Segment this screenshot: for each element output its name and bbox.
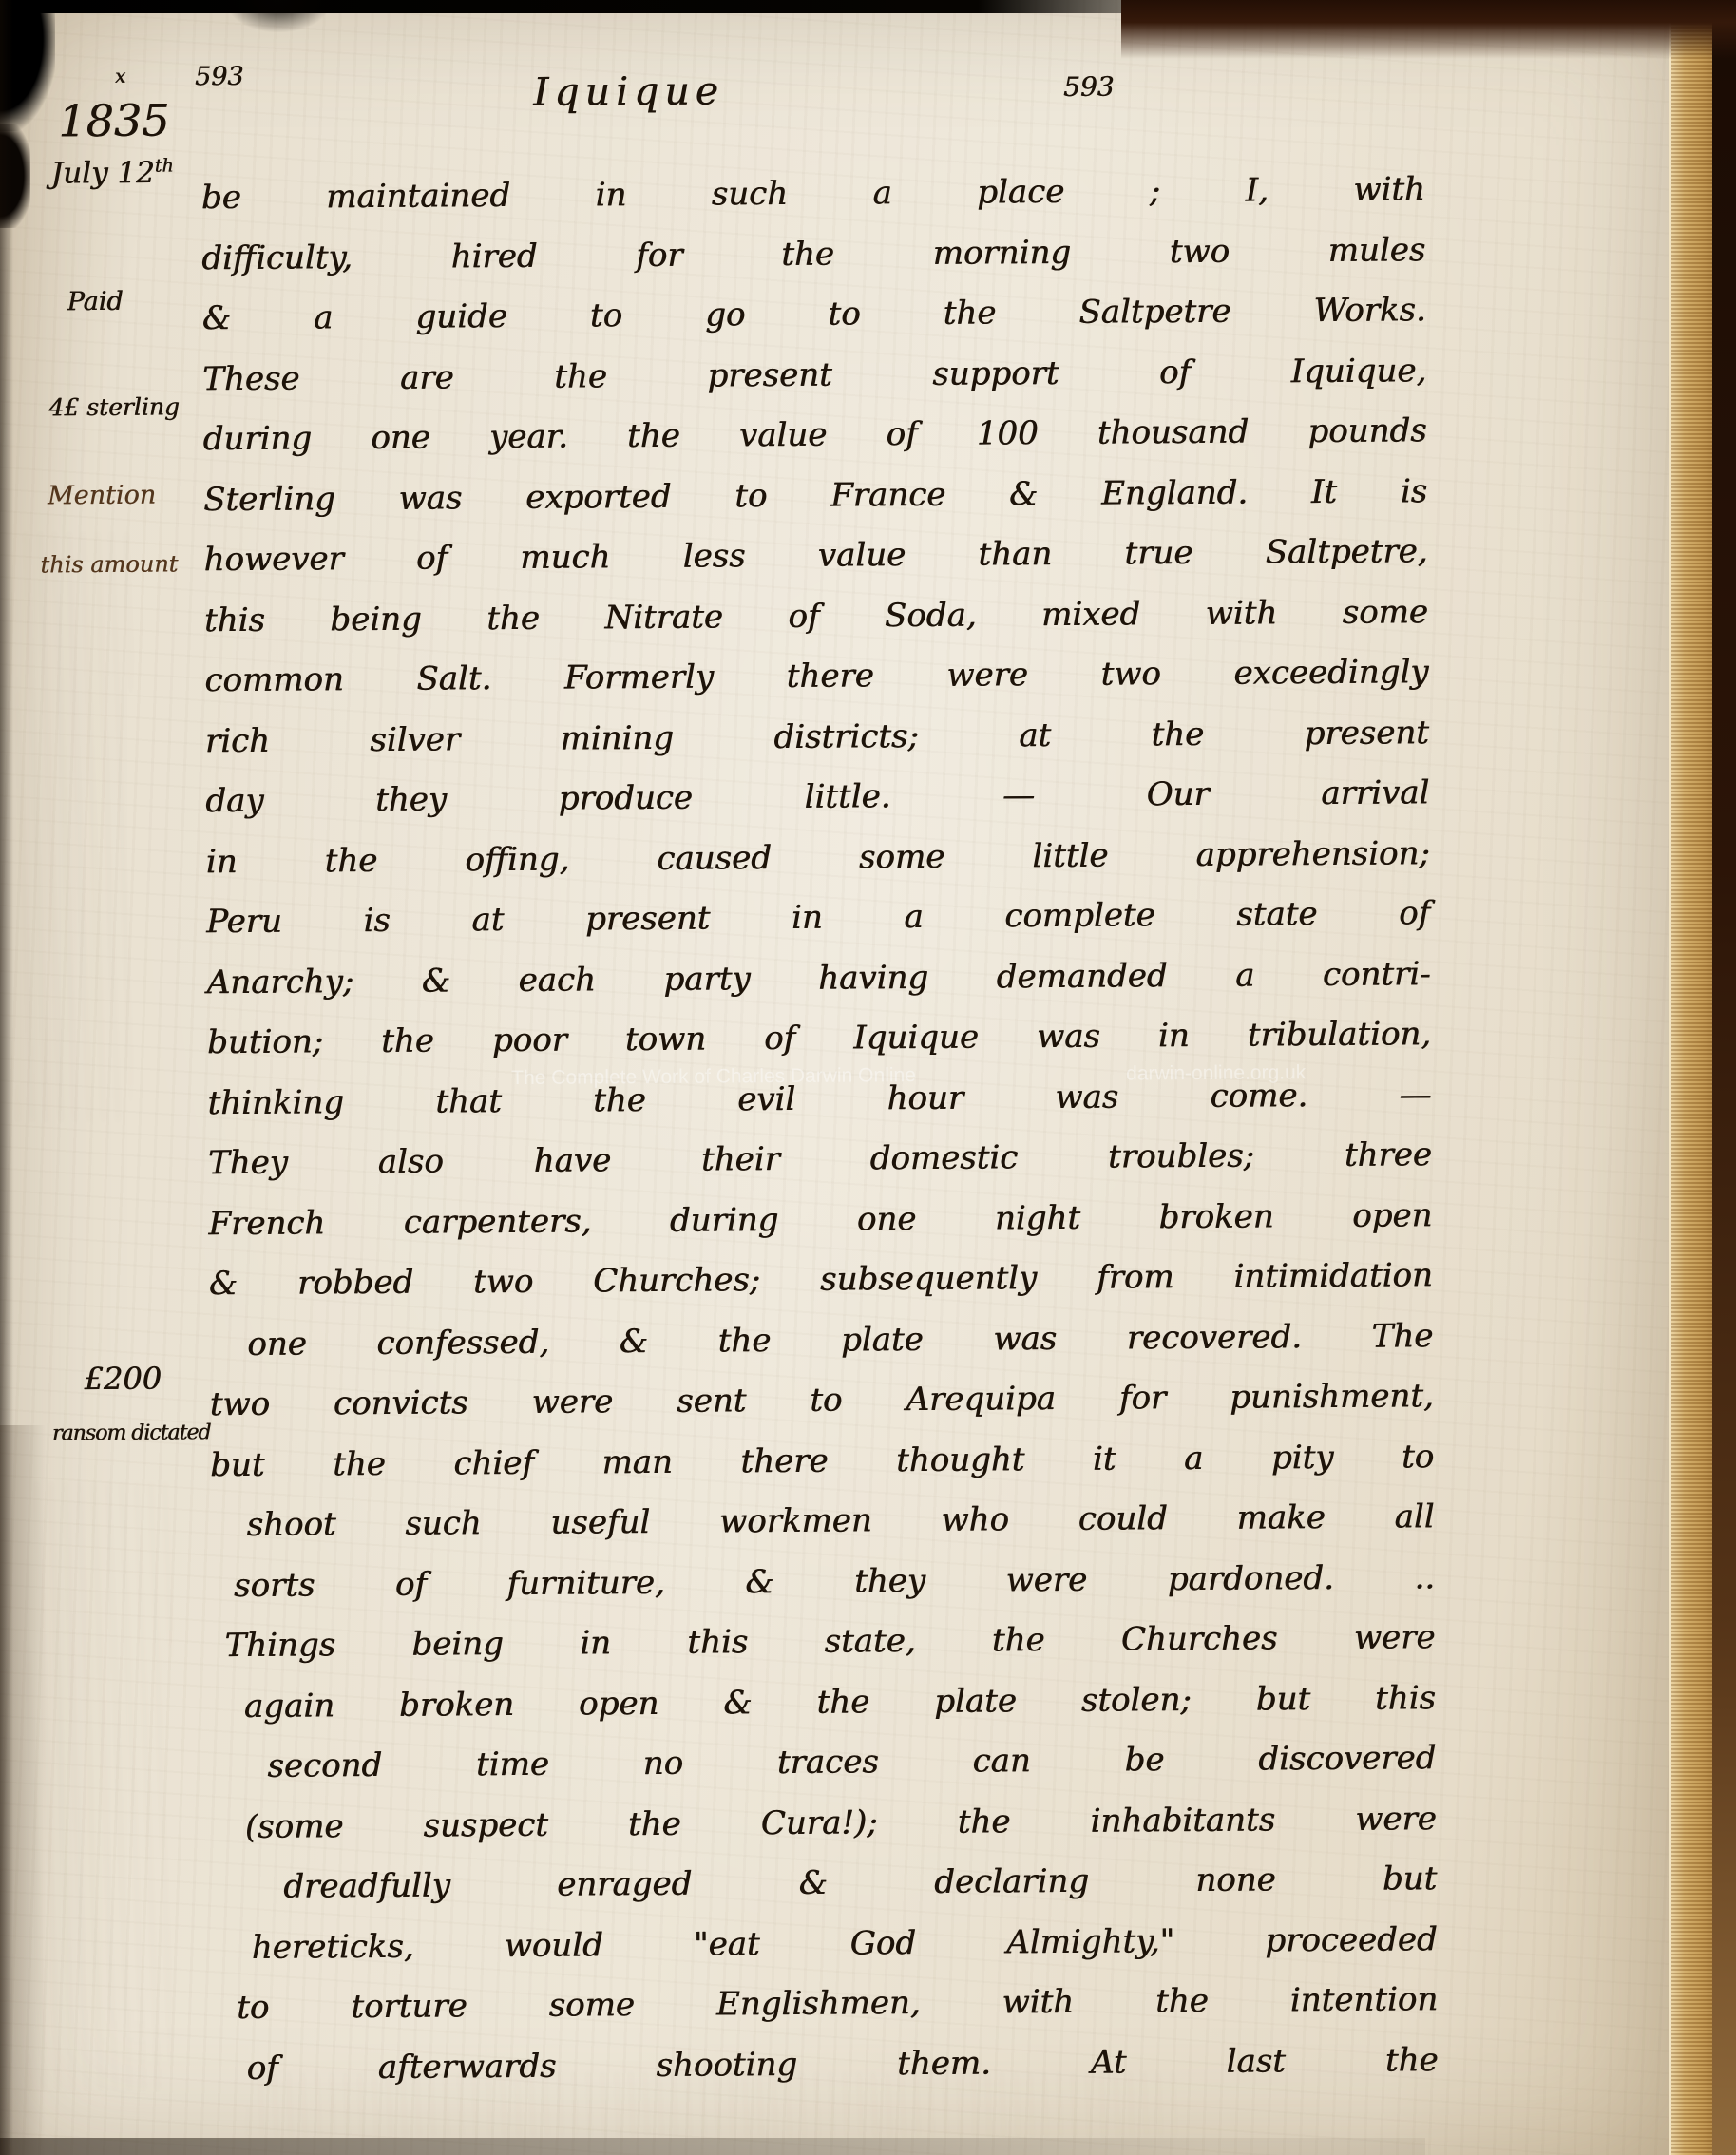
- manuscript-line: shoot such useful workmen who could make…: [210, 1487, 1434, 1555]
- manuscript-line: during one year. the value of 100 thousa…: [202, 401, 1426, 469]
- manuscript-line: They also have their domestic troubles; …: [208, 1125, 1432, 1193]
- manuscript-line: Sterling was exported to France & Englan…: [203, 462, 1427, 530]
- page-number-small: 593: [195, 62, 244, 91]
- margin-note-this-amount: this amount: [40, 550, 178, 578]
- manuscript-line: dreadfully enraged & declaring none but: [213, 1849, 1437, 1917]
- manuscript-line: French carpenters, during one night brok…: [208, 1186, 1432, 1254]
- margin-note-paid: Paid: [67, 287, 123, 316]
- manuscript-line: two convicts were sent to Arequipa for p…: [209, 1366, 1433, 1435]
- manuscript-line: in the offing, caused some little appreh…: [205, 824, 1429, 892]
- manuscript-line: Things being in this state, the Churches…: [211, 1608, 1435, 1676]
- manuscript-photo: 1835 x 593 Iquique 593 July 12th Paid 4£…: [0, 0, 1736, 2155]
- margin-note-mention: Mention: [48, 481, 156, 511]
- year-annotation-mark: x: [115, 65, 125, 87]
- manuscript-line: hereticks, would "eat God Almighty," pro…: [213, 1910, 1437, 1978]
- manuscript-line: common Salt. Formerly there were two exc…: [204, 642, 1428, 711]
- manuscript-line: but the chief man there thought it a pit…: [210, 1427, 1434, 1496]
- manuscript-line: difficulty, hired for the morning two mu…: [201, 220, 1425, 289]
- manuscript-line: this being the Nitrate of Soda, mixed wi…: [204, 582, 1428, 651]
- margin-note-sterling: 4£ sterling: [48, 392, 180, 421]
- manuscript-line: thinking that the evil hour was come. —: [207, 1065, 1431, 1134]
- page-content: 1835 x 593 Iquique 593 July 12th Paid 4£…: [0, 0, 1736, 2155]
- manuscript-line: & a guide to go to the Saltpetre Works.: [201, 280, 1425, 349]
- manuscript-line: rich silver mining districts; at the pre…: [205, 703, 1429, 772]
- margin-date-text: July 12: [50, 156, 154, 191]
- margin-note-date: July 12th: [50, 155, 173, 190]
- manuscript-line: however of much less value than true Sal…: [203, 522, 1427, 590]
- manuscript-line: of afterwards shooting them. At last the: [214, 2031, 1438, 2099]
- manuscript-line: sorts of furniture, & they were pardoned…: [211, 1548, 1435, 1616]
- manuscript-line: one confessed, & the plate was recovered…: [209, 1306, 1433, 1375]
- margin-note-200: £200: [84, 1361, 162, 1398]
- page-title: Iquique: [533, 67, 724, 114]
- manuscript-line: (some suspect the Cura!); the inhabitant…: [213, 1789, 1437, 1858]
- page-number: 593: [1063, 71, 1115, 103]
- diary-entry-text: be maintained in such a place ; I, with …: [201, 160, 1439, 2099]
- manuscript-line: to torture some Englishmen, with the int…: [214, 1970, 1438, 2038]
- margin-date-suffix: th: [155, 155, 174, 176]
- manuscript-line: & robbed two Churches; subsequently from…: [209, 1246, 1433, 1314]
- manuscript-line: Anarchy; & each party having demanded a …: [206, 944, 1430, 1013]
- manuscript-line: These are the present support of Iquique…: [202, 341, 1426, 410]
- manuscript-line: again broken open & the plate stolen; bu…: [212, 1669, 1436, 1737]
- manuscript-line: Peru is at present in a complete state o…: [206, 884, 1430, 952]
- margin-note-ransom: ransom dictated: [52, 1421, 211, 1445]
- manuscript-line: day they produce little. — Our arrival: [205, 763, 1429, 831]
- manuscript-line: bution; the poor town of Iquique was in …: [207, 1004, 1431, 1073]
- manuscript-line: second time no traces can be discovered: [212, 1728, 1436, 1797]
- year-heading: 1835: [58, 95, 169, 147]
- manuscript-line: be maintained in such a place ; I, with: [201, 160, 1425, 228]
